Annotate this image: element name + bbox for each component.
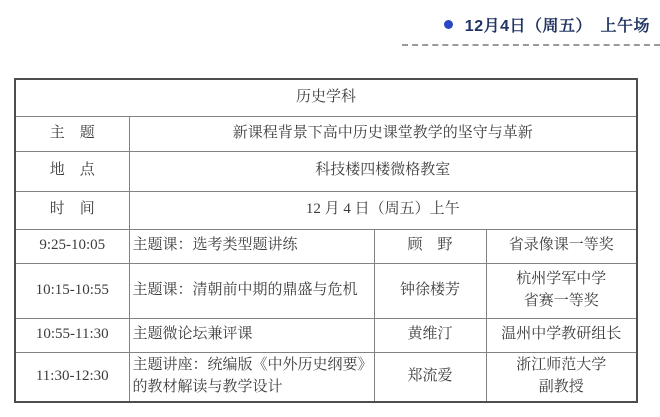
info-label-time: 时 间 <box>15 191 129 229</box>
page: 12月4日（周五） 上午场 历史学科 主 题 新课程背景下高中历史课堂教学的坚守… <box>0 0 660 417</box>
info-row-location: 地 点 科技楼四楼微格教室 <box>15 151 637 191</box>
session-cell: 主题课：选考类型题讲练 <box>129 229 374 263</box>
session-header: 12月4日（周五） 上午场 <box>444 13 650 36</box>
session-cell: 主题讲座：统编版《中外历史纲要》的教材解读与教学设计 <box>129 352 374 402</box>
credential-cell: 温州中学教研组长 <box>486 318 637 352</box>
info-label-location: 地 点 <box>15 151 129 191</box>
bullet-icon <box>444 20 453 29</box>
session-cell: 主题课：清朝前中期的鼎盛与危机 <box>129 263 374 318</box>
schedule-row: 9:25-10:05 主题课：选考类型题讲练 顾 野 省录像课一等奖 <box>15 229 637 263</box>
time-cell: 11:30-12:30 <box>15 352 129 402</box>
presenter-cell: 郑流爱 <box>374 352 486 402</box>
subject-row: 历史学科 <box>15 79 637 116</box>
time-cell: 10:55-11:30 <box>15 318 129 352</box>
schedule-row: 10:55-11:30 主题微论坛兼评课 黄维汀 温州中学教研组长 <box>15 318 637 352</box>
time-cell: 9:25-10:05 <box>15 229 129 263</box>
session-cell: 主题微论坛兼评课 <box>129 318 374 352</box>
subject-cell: 历史学科 <box>15 79 637 116</box>
info-row-theme: 主 题 新课程背景下高中历史课堂教学的坚守与革新 <box>15 116 637 151</box>
dashed-separator <box>402 44 660 46</box>
time-cell: 10:15-10:55 <box>15 263 129 318</box>
schedule-row: 11:30-12:30 主题讲座：统编版《中外历史纲要》的教材解读与教学设计 郑… <box>15 352 637 402</box>
credential-cell: 杭州学军中学 省赛一等奖 <box>486 263 637 318</box>
info-value-location: 科技楼四楼微格教室 <box>129 151 637 191</box>
credential-cell: 浙江师范大学 副教授 <box>486 352 637 402</box>
presenter-cell: 钟徐楼芳 <box>374 263 486 318</box>
info-value-time: 12 月 4 日（周五）上午 <box>129 191 637 229</box>
info-label-theme: 主 题 <box>15 116 129 151</box>
credential-cell: 省录像课一等奖 <box>486 229 637 263</box>
presenter-cell: 顾 野 <box>374 229 486 263</box>
schedule-row: 10:15-10:55 主题课：清朝前中期的鼎盛与危机 钟徐楼芳 杭州学军中学 … <box>15 263 637 318</box>
session-title: 12月4日（周五） 上午场 <box>465 13 650 36</box>
presenter-cell: 黄维汀 <box>374 318 486 352</box>
info-value-theme: 新课程背景下高中历史课堂教学的坚守与革新 <box>129 116 637 151</box>
info-row-time: 时 间 12 月 4 日（周五）上午 <box>15 191 637 229</box>
schedule-table: 历史学科 主 题 新课程背景下高中历史课堂教学的坚守与革新 地 点 科技楼四楼微… <box>14 78 638 403</box>
